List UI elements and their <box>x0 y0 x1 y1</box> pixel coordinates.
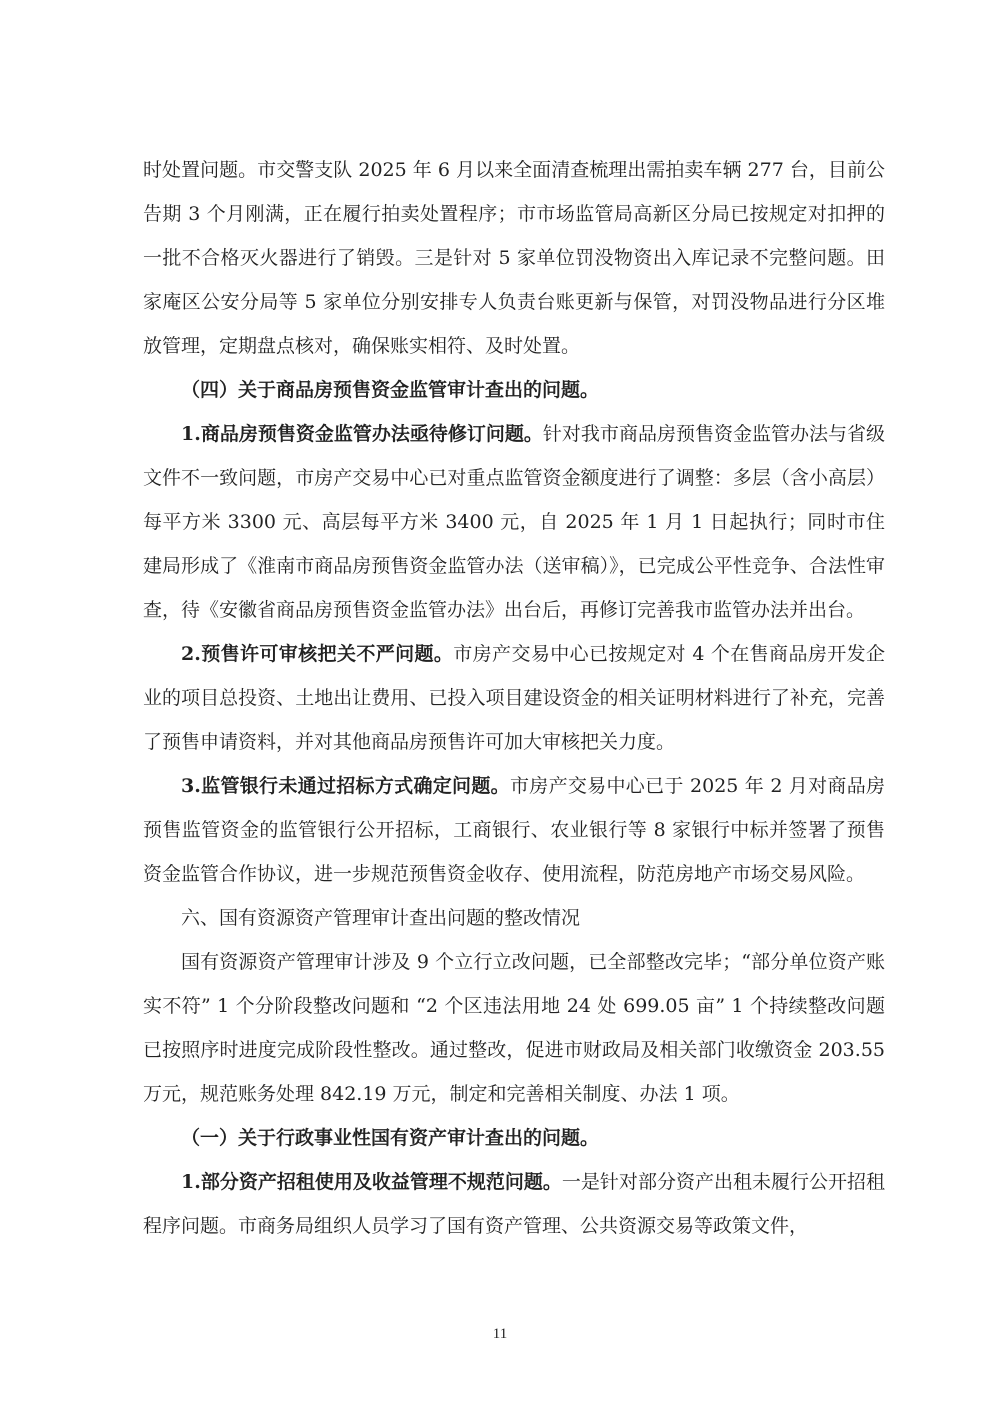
item-lead: 1.商品房预售资金监管办法亟待修订问题。 <box>181 423 543 445</box>
item-asset-leasing: 1.部分资产招租使用及收益管理不规范问题。一是针对部分资产出租未履行公开招租程序… <box>143 1160 885 1248</box>
item-presale-regulation: 1.商品房预售资金监管办法亟待修订问题。针对我市商品房预售资金监管办法与省级文件… <box>143 412 885 632</box>
subheading-administrative-assets: （一）关于行政事业性国有资产审计查出的问题。 <box>143 1116 885 1160</box>
item-lead: 1.部分资产招租使用及收益管理不规范问题。 <box>181 1171 562 1193</box>
item-body: 针对我市商品房预售资金监管办法与省级文件不一致问题，市房产交易中心已对重点监管资… <box>143 423 885 621</box>
section-heading-state-assets: 六、国有资源资产管理审计查出问题的整改情况 <box>143 896 885 940</box>
item-lead: 2.预售许可审核把关不严问题。 <box>181 643 453 665</box>
item-lead: 3.监管银行未通过招标方式确定问题。 <box>181 775 510 797</box>
document-page: 时处置问题。市交警支队 2025 年 6 月以来全面清查梳理出需拍卖车辆 277… <box>143 148 885 1248</box>
page-number: 11 <box>0 1326 1000 1343</box>
paragraph-state-assets-summary: 国有资源资产管理审计涉及 9 个立行立改问题，已全部整改完毕；“部分单位资产账实… <box>143 940 885 1116</box>
item-supervising-bank: 3.监管银行未通过招标方式确定问题。市房产交易中心已于 2025 年 2 月对商… <box>143 764 885 896</box>
item-presale-permit: 2.预售许可审核把关不严问题。市房产交易中心已按规定对 4 个在售商品房开发企业… <box>143 632 885 764</box>
paragraph-continuation: 时处置问题。市交警支队 2025 年 6 月以来全面清查梳理出需拍卖车辆 277… <box>143 148 885 368</box>
subheading-presale-funds: （四）关于商品房预售资金监管审计查出的问题。 <box>143 368 885 412</box>
